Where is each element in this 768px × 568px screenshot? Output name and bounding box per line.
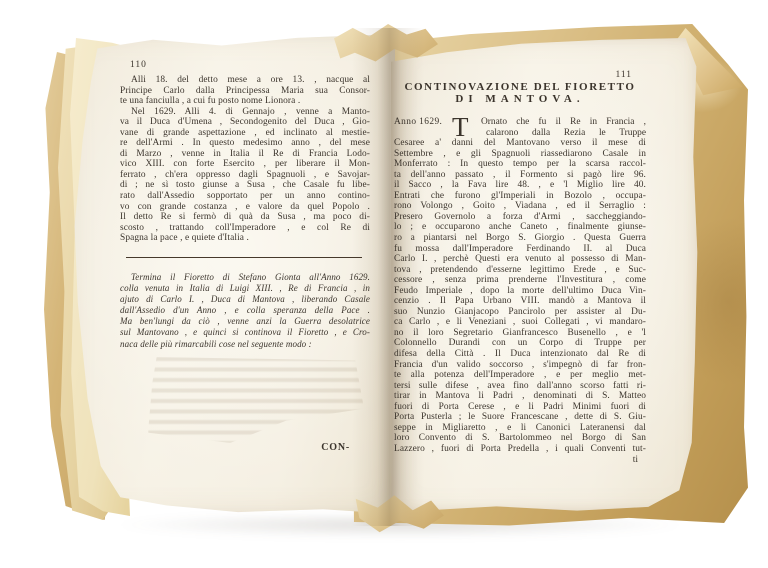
text-line: Settembre , e gli Spagnuoli riassediaron… (394, 149, 646, 160)
text-line: cessore , senza prima prenderne l'Invest… (394, 275, 646, 286)
text-line: vico XIII. con forte Esercito , per libe… (120, 159, 370, 170)
text-line: re dell'Armi . In questo medesimo anno ,… (120, 138, 370, 149)
text-line: dall'Assedio d'un Anno , e colla speranz… (120, 305, 370, 316)
text-line: Porta Pusterla ; le Suore Francescane , … (394, 412, 646, 423)
section-divider-rule (126, 257, 362, 258)
text-line: vane di grande aspettazione , ed inclina… (120, 128, 370, 139)
right-page-text-column: 111 CONTINOVAZIONE DEL FIORETTO DI MANTO… (394, 70, 646, 465)
catchword-left: CON- (120, 442, 350, 453)
right-body-text: Anno 1629. T Ornato che fu il Re in Fran… (394, 117, 646, 465)
text-line: ferrato , ch'era oppresso dagli Spagnuol… (120, 170, 370, 181)
text-line: fu mossa dall'Imperadore Ferdinando II. … (394, 244, 646, 255)
text-line: rono Volongo , Goito , Viadana , ed il S… (394, 201, 646, 212)
chapter-heading-line2: DI MANTOVA. (394, 94, 646, 106)
text-line: colla venuta in Italia di Luigi XIII. , … (120, 283, 370, 294)
opening-lines: Anno 1629. T Ornato che fu il Re in Fran… (394, 117, 646, 138)
page-number-right: 111 (394, 70, 632, 80)
text-line: lo ; e occuparono anche Caneto , finalme… (394, 222, 646, 233)
colophon-italic-text: Termina il Fioretto di Stefano Gionta al… (120, 272, 370, 350)
text-line: te alla potenza dell'Imperadore , e per … (394, 370, 646, 381)
text-line: Ma ben'lungi da ciò , venne anzi la Guer… (120, 316, 370, 327)
text-line: Alli 18. del detto mese a ore 13. , nacq… (120, 75, 370, 86)
anno-label: Anno 1629. (394, 117, 442, 127)
text-line: Termina il Fioretto di Stefano Gionta al… (120, 272, 370, 283)
drop-cap: T (452, 116, 469, 139)
catchword-right: ti (394, 455, 638, 465)
text-line: di Marzo , venne in Italia il Re di Fran… (120, 149, 370, 160)
text-line: sul Mantovano , e quinci si continova il… (120, 327, 370, 338)
text-line: va il Duca d'Umena , Secondogenito del D… (120, 117, 370, 128)
text-line: Spagna la pace , e quiete d'Italia . (120, 233, 370, 244)
book-photo: 110 Alli 18. del detto mese a ore 13. , … (0, 0, 768, 568)
text-line: naca delle più rimarcabili cose nel segu… (120, 339, 370, 350)
text-line: te una fanciulla , a cui fu posto nome L… (120, 96, 370, 107)
text-line: di ; ne sì tosto giunse a Susa , che Cas… (120, 180, 370, 191)
text-line: Lazzero , fuori di Porta Predella , i qu… (394, 444, 646, 455)
text-line: il Sacco , la Fava lire 48. , e 'l Migli… (394, 180, 646, 191)
text-line: seppe in Migliaretto , e li Canonici Lat… (394, 423, 646, 434)
opening-line-2: calarono dalla Rezia le Truppe (486, 128, 646, 139)
text-line: Entrati che furono gl'Imperiali in Bozol… (394, 191, 646, 202)
text-line: scosto , trattando coll'Imperadore , e c… (120, 223, 370, 234)
text-line: Presero Governolo a forza d'Armi , sacch… (394, 212, 646, 223)
text-line: ta dell'anno passato , il Formento si pa… (394, 170, 646, 181)
text-line: Colonnello Durandi con un Corpo di Trupp… (394, 338, 646, 349)
opening-line-1: Ornato che fu il Re in Francia , (481, 117, 646, 128)
chapter-heading-line1: CONTINOVAZIONE DEL FIORETTO (394, 82, 646, 94)
text-line: Nel 1629. Alli 4. di Gennajo , venne a M… (120, 107, 370, 118)
text-line: loro Convento di S. Bartolommeo nel Borg… (394, 433, 646, 444)
text-line: ro a piantarsi nel Borgo S. Giorgio . Qu… (394, 233, 646, 244)
text-line: rato dall'Assedio sopportato per un anno… (120, 191, 370, 202)
text-line: no il loro Segretario Gianfrancesco Buse… (394, 328, 646, 339)
left-body-text: Alli 18. del detto mese a ore 13. , nacq… (120, 75, 370, 244)
text-line: tirar in Mantova li Padri , denominati d… (394, 391, 646, 402)
text-line: difesa della Città . Il Duca intenzionat… (394, 349, 646, 360)
text-line: Francia d'un valido soccorso , s'impegnò… (394, 360, 646, 371)
text-line: Principe Carlo dalla Principessa Maria s… (120, 86, 370, 97)
text-line: Carlo I. , perchè Questi era venuto al p… (394, 254, 646, 265)
text-line: ca Carlo , e li Veneziani , suoi Collega… (394, 317, 646, 328)
text-line: fuori di Porta Cerese , e li Padri Minim… (394, 402, 646, 413)
text-line: Il detto Re si fermò di quà da Susa , ma… (120, 212, 370, 223)
text-line: Monferrato : In questo tempo per la scar… (394, 159, 646, 170)
text-line: tersi sulle difese , avea fino dall'anno… (394, 381, 646, 392)
text-line: vo con grande costanza , e valore da que… (120, 202, 370, 213)
right-body-lines: Cesaree a' danni del Mantovano verso il … (394, 138, 646, 454)
text-line: tova , pretendendo d'esserne legittimo E… (394, 265, 646, 276)
text-line: cenzio . Il Papa Urbano VIII. mandò a Ma… (394, 296, 646, 307)
text-line: Cesaree a' danni del Mantovano verso il … (394, 138, 646, 149)
text-line: Feudo Imperiale , dopo la morte dell'ult… (394, 286, 646, 297)
left-page-text-column: 110 Alli 18. del detto mese a ore 13. , … (120, 60, 370, 453)
page-number-left: 110 (130, 60, 370, 70)
text-line: suo Nunzio Gianjacopo Pancirolo per assi… (394, 307, 646, 318)
text-line: ajuto di Carlo I. , Duca di Mantova , li… (120, 294, 370, 305)
